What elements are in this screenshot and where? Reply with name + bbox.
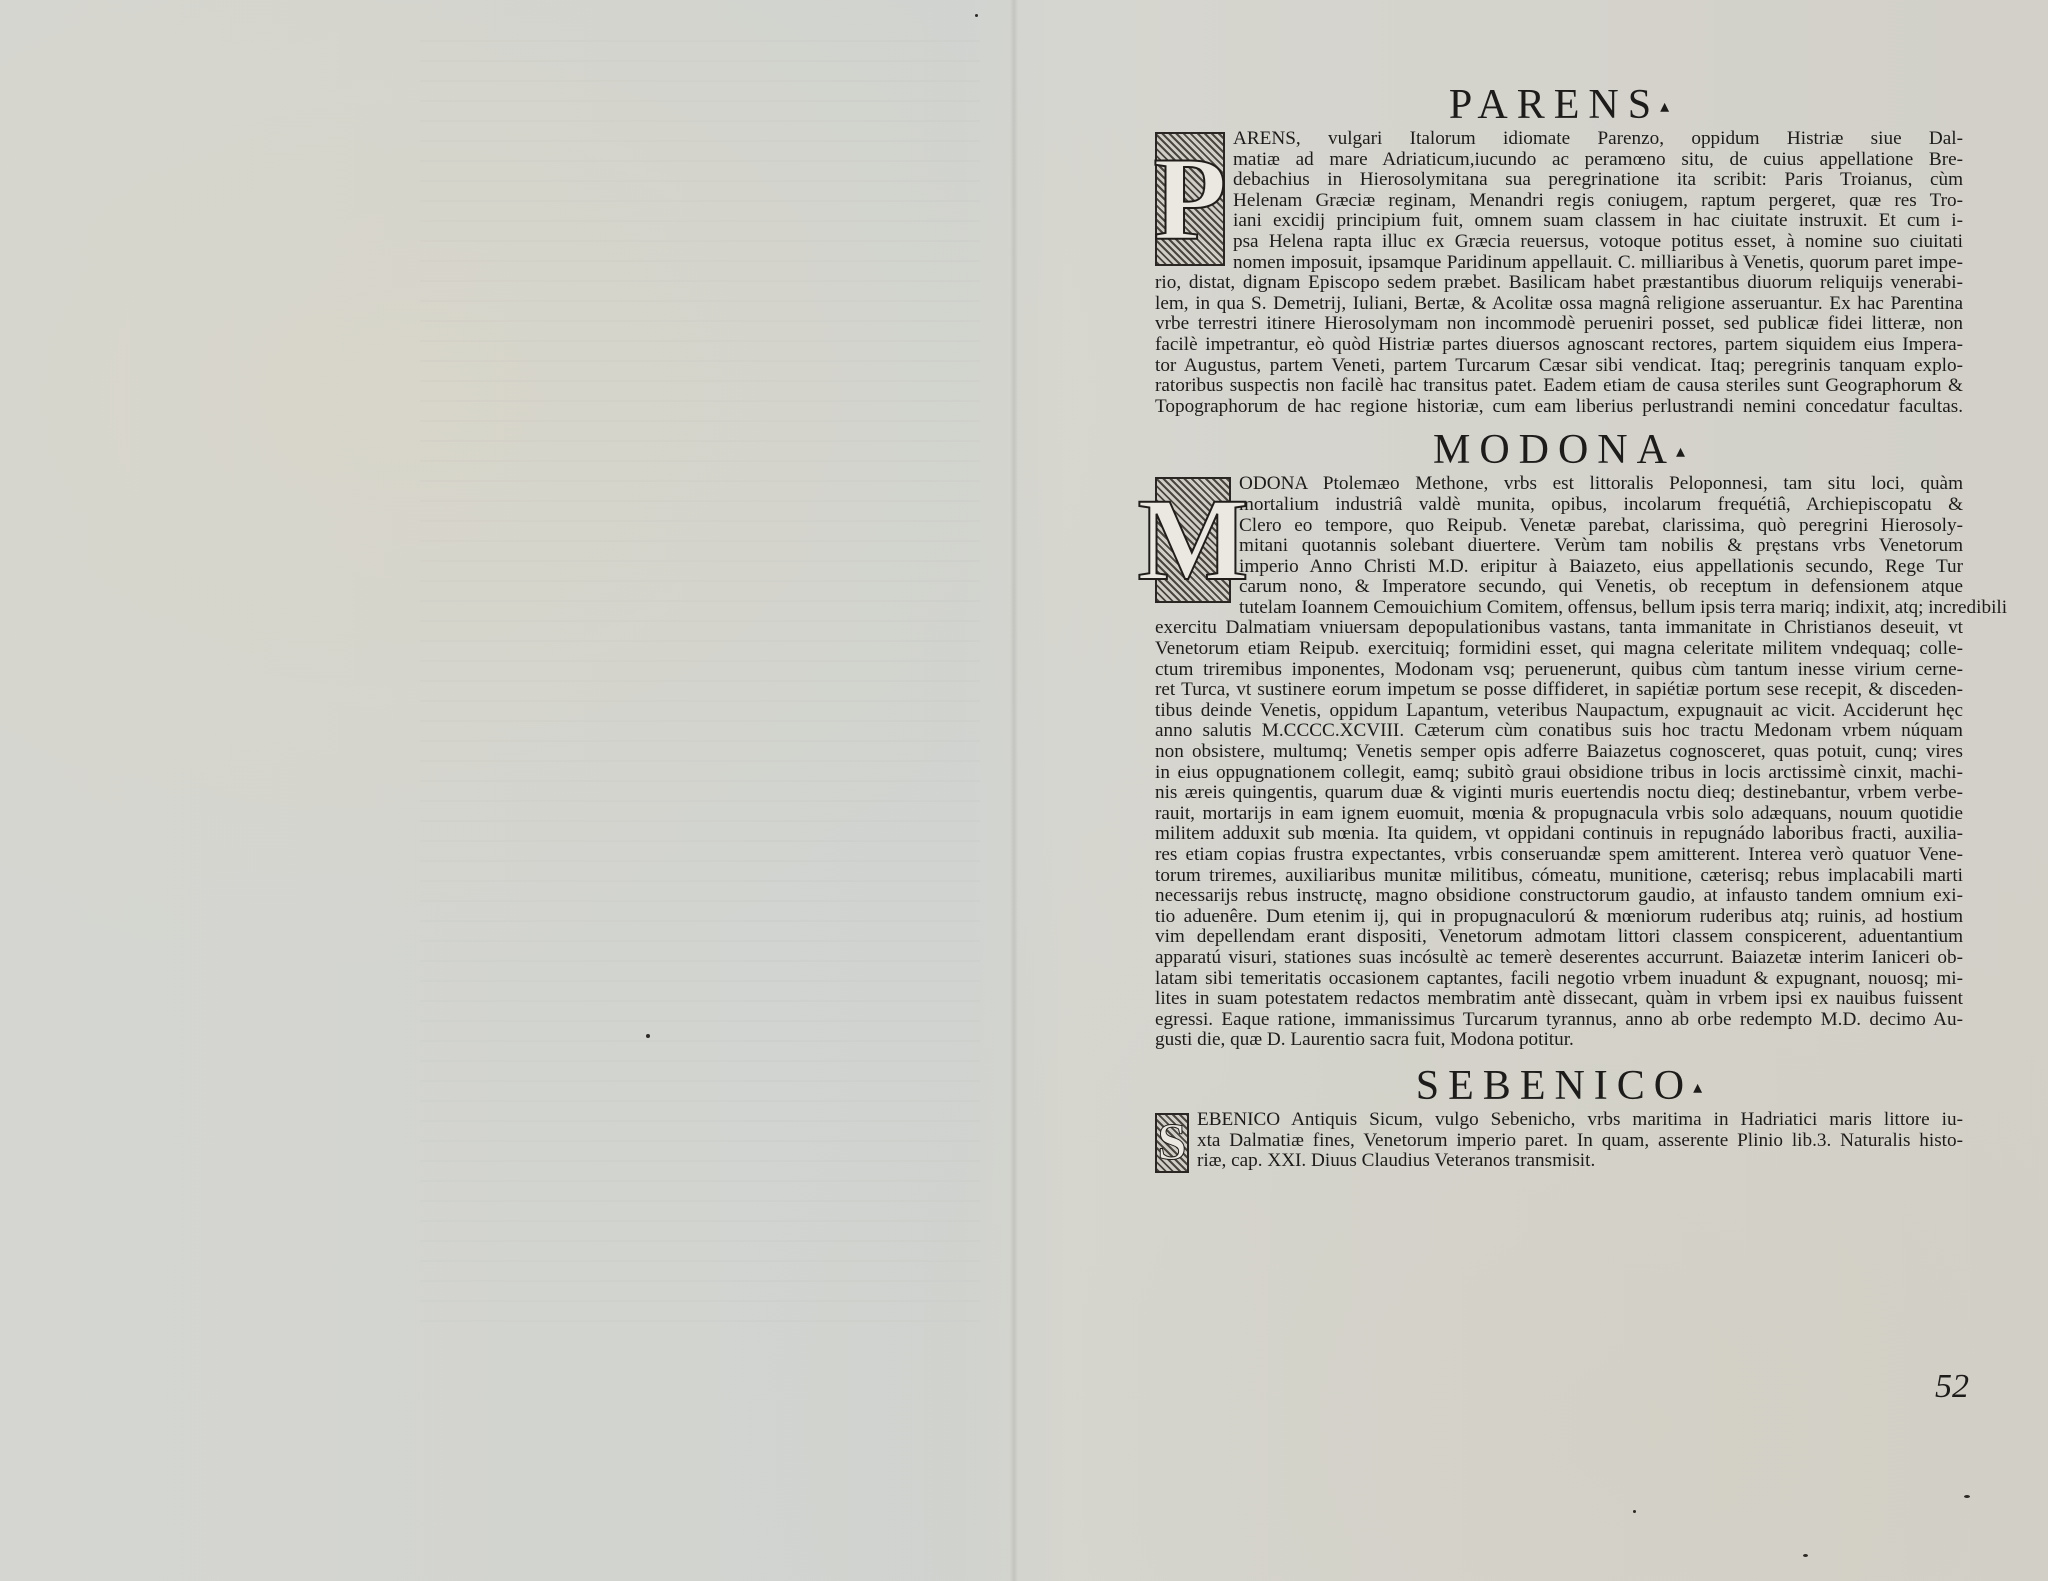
text-line: riæ, cap. XXI. Diuus Claudius Veteranos … — [1155, 1151, 1963, 1172]
entry-heading: MODONA▴ — [1155, 427, 1963, 474]
text-line: tor Augustus, partem Veneti, partem Turc… — [1155, 356, 1963, 377]
paper-speck — [1633, 1510, 1636, 1513]
entry-heading: SEBENICO▴ — [1155, 1063, 1963, 1110]
text-line: carum nono, & Imperatore secundo, qui Ve… — [1155, 577, 1963, 598]
text-line: matiæ ad mare Adriaticum,iucundo ac pera… — [1155, 150, 1963, 171]
text-line: Topographorum de hac regione historiæ, c… — [1155, 397, 1963, 418]
paper-speck — [646, 1034, 650, 1038]
text-line: Helenam Græciæ reginam, Menandri regis c… — [1155, 191, 1963, 212]
text-line: nomen imposuit, ipsamque Paridinum appel… — [1155, 253, 1963, 274]
text-line: non obsistere, multumq; Venetis semper o… — [1155, 742, 1963, 763]
text-line: torum triremes, auxiliaribus munitæ mili… — [1155, 866, 1963, 887]
text-line: tibus deinde Venetis, oppidum Lapantum, … — [1155, 701, 1963, 722]
text-line: exercitu Dalmatiam vniuersam depopulatio… — [1155, 618, 1963, 639]
text-line: Clero eo tempore, quo Reipub. Venetæ par… — [1155, 516, 1963, 537]
text-line: rio, distat, dignam Episcopo sedem præbe… — [1155, 273, 1963, 294]
text-line: xta Dalmatiæ fines, Venetorum imperio pa… — [1155, 1131, 1963, 1152]
entry-body: S EBENICO Antiquis Sicum, vulgo Sebenich… — [1155, 1110, 1963, 1172]
text-column: PARENS▴ P ARENS, vulgari Italorum idioma… — [1155, 82, 1963, 1173]
text-line: Venetorum etiam Reipub. exercituiq; form… — [1155, 639, 1963, 660]
text-line: gusti die, quæ D. Laurentio sacra fuit, … — [1155, 1030, 1963, 1051]
paper-speck — [975, 14, 978, 17]
entry-parens: PARENS▴ P ARENS, vulgari Italorum idioma… — [1155, 82, 1963, 417]
text-line: egressi. Eaque ratione, immanissimus Tur… — [1155, 1010, 1963, 1031]
text-line: vrbe terrestri itinere Hierosolymam non … — [1155, 314, 1963, 335]
paper-speck — [1964, 1495, 1970, 1498]
text-line: ret Turca, vt sustinere eorum impetum se… — [1155, 680, 1963, 701]
entry-heading: PARENS▴ — [1155, 82, 1963, 129]
text-line: debachius in Hierosolymitana sua peregri… — [1155, 170, 1963, 191]
text-line: psa Helena rapta illuc ex Græcia reuersu… — [1155, 232, 1963, 253]
text-line: necessarijs rebus instructę, magno obsid… — [1155, 886, 1963, 907]
text-line: ARENS, vulgari Italorum idiomate Parenzo… — [1155, 129, 1963, 150]
text-line: rauit, mortarijs in eam ignem euomuit, m… — [1155, 804, 1963, 825]
entry-body: M ODONA Ptolemæo Methone, vrbs est litto… — [1155, 474, 1963, 1051]
text-line: anno salutis M.CCCC.XCVIII. Cæterum cùm … — [1155, 721, 1963, 742]
text-line: res etiam copias frustra expectantes, vr… — [1155, 845, 1963, 866]
decorated-initial-m: M — [1155, 477, 1231, 603]
text-line: iani excidij principium fuit, omnem suam… — [1155, 211, 1963, 232]
text-line: militem adduxit sub mœnia. Ita quidem, v… — [1155, 824, 1963, 845]
text-line: tio aduenêre. Dum etenim ij, qui in prop… — [1155, 907, 1963, 928]
paper-speck — [1803, 1554, 1808, 1557]
entry-sebenico: SEBENICO▴ S EBENICO Antiquis Sicum, vulg… — [1155, 1063, 1963, 1172]
text-line: latam sibi temeritatis occasionem captan… — [1155, 969, 1963, 990]
text-line: facilè impetrantur, eò quòd Histriæ part… — [1155, 335, 1963, 356]
text-line: imperio Anno Christi M.D. eripitur à Bai… — [1155, 557, 1963, 578]
text-line: ctum triremibus imponentes, Modonam vsq;… — [1155, 660, 1963, 681]
page-number: 52 — [1935, 1368, 1969, 1406]
text-line: vim depellendam erant dispositi, Venetor… — [1155, 927, 1963, 948]
entry-modona: MODONA▴ M ODONA Ptolemæo Methone, vrbs e… — [1155, 427, 1963, 1051]
text-line: nis æreis quingentis, quarum duæ & vigin… — [1155, 783, 1963, 804]
text-line: ratoribus suspectis non facilè hac trans… — [1155, 376, 1963, 397]
text-line: tutelam Ioannem Cemouichium Comitem, off… — [1155, 598, 1963, 619]
text-line: lem, in qua S. Demetrij, Iuliani, Bertæ,… — [1155, 294, 1963, 315]
text-line: mitani quotannis solebant diuertere. Ver… — [1155, 536, 1963, 557]
left-page-show-through — [420, 40, 980, 1340]
text-line: EBENICO Antiquis Sicum, vulgo Sebenicho,… — [1155, 1110, 1963, 1131]
text-line: ODONA Ptolemæo Methone, vrbs est littora… — [1155, 474, 1963, 495]
text-line: mortalium industriâ valdè munita, opibus… — [1155, 495, 1963, 516]
entry-body: P ARENS, vulgari Italorum idiomate Paren… — [1155, 129, 1963, 417]
decorated-initial-p: P — [1155, 132, 1225, 266]
decorated-initial-s: S — [1155, 1113, 1189, 1173]
text-line: in eius oppugnationem collegit, eamq; su… — [1155, 763, 1963, 784]
text-line: apparatú visuri, stationes suas incósult… — [1155, 948, 1963, 969]
center-fold — [1010, 0, 1018, 1581]
text-line: lites in suam potestatem redactos membra… — [1155, 989, 1963, 1010]
